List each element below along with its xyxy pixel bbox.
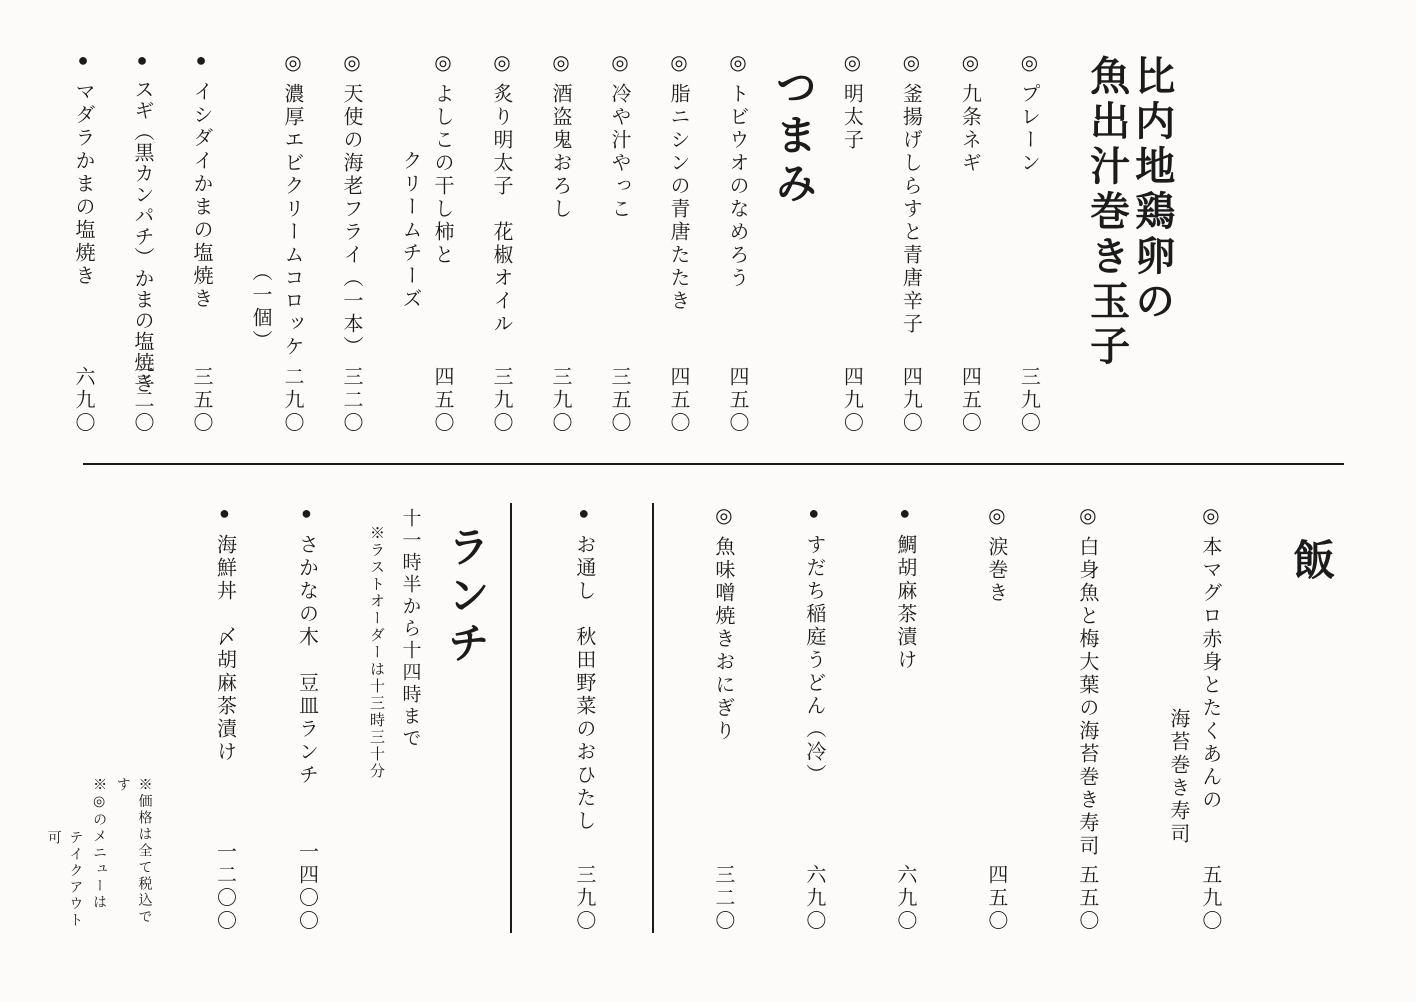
menu-title: 比内地鶏卵の 魚出汁巻き玉子 xyxy=(1084,50,1174,435)
takeout-marker-icon: ◎ xyxy=(707,503,739,530)
dot-marker-icon: ● xyxy=(292,503,321,526)
item-price: 二九〇 xyxy=(276,366,308,435)
item-price: 六九〇 xyxy=(889,864,921,933)
item-price: 三二〇 xyxy=(707,864,739,933)
item-price: 四九〇 xyxy=(894,366,926,435)
dot-marker-icon: ● xyxy=(68,50,97,73)
menu-item: ◎脂ニシンの青唐たたき 四五〇 xyxy=(662,50,694,435)
item-name: イシダイかまの塩焼き xyxy=(190,81,212,311)
item-name: すだち稲庭うどん（冷） xyxy=(803,534,825,787)
item-price: 四五〇 xyxy=(721,366,753,435)
item-price: 三九〇 xyxy=(1012,366,1044,435)
menu-item: ◎九条ネギ 四五〇 xyxy=(953,50,985,435)
item-name: 酒盗鬼おろし xyxy=(549,83,571,221)
menu-page: 比内地鶏卵の 魚出汁巻き玉子 ◎プレーン 三九〇 ◎九条ネギ 四五〇 ◎釜揚げし… xyxy=(0,0,1416,1002)
menu-item: ●お通し 秋田野菜のおひたし 三九〇 xyxy=(568,503,600,933)
dot-marker-icon: ● xyxy=(127,50,156,71)
item-name: 海鮮丼 〆胡麻茶漬け xyxy=(213,534,235,764)
takeout-marker-icon: ◎ xyxy=(1194,503,1226,530)
menu-title-line: 比内地鶏卵の xyxy=(1130,55,1175,435)
takeout-marker-icon: ◎ xyxy=(980,503,1012,530)
item-price: 五五〇 xyxy=(1071,864,1103,933)
takeout-marker-icon: ◎ xyxy=(1071,503,1103,530)
takeout-marker-icon: ◎ xyxy=(662,50,694,77)
item-name: 涙巻き xyxy=(985,536,1007,605)
item-name: 炙り明太子 花椒オイル xyxy=(490,83,512,336)
item-name: スギ（黒カンパチ）かまの塩焼き xyxy=(131,79,153,394)
takeout-marker-icon: ◎ xyxy=(276,50,308,77)
menu-item: ◎涙巻き 四五〇 xyxy=(980,503,1012,933)
item-name-wrap: （一個） xyxy=(244,50,276,435)
horizontal-section-divider xyxy=(83,463,1344,465)
takeout-marker-icon: ◎ xyxy=(1012,50,1044,77)
item-name: 脂ニシンの青唐たたき xyxy=(667,83,689,313)
takeout-marker-icon: ◎ xyxy=(721,50,753,77)
footer-notes: ※価格は全て税込です ※◎のメニューは テイクアウト可 xyxy=(42,503,154,933)
lunch-hours: 十一時半から十四時まで xyxy=(395,503,424,933)
menu-item: ◎トビウオのなめろう 四五〇 xyxy=(721,50,753,435)
item-name: よしこの干し柿と xyxy=(431,83,453,267)
tsumami-section-header: つまみ xyxy=(767,50,817,435)
menu-title-line: 魚出汁巻き玉子 xyxy=(1084,55,1129,435)
item-name: 濃厚エビクリームコロッケ xyxy=(281,83,303,359)
menu-item: ◎天使の海老フライ（一本） 三二〇 xyxy=(335,50,367,435)
menu-item: ◎本マグロ赤身とたくあんの 海苔巻き寿司 五九〇 xyxy=(1162,503,1226,933)
item-price: 一二〇〇 xyxy=(208,841,240,933)
item-name: プレーン xyxy=(1017,83,1039,175)
dot-marker-icon: ● xyxy=(890,503,919,526)
dot-marker-icon: ● xyxy=(799,503,828,526)
top-section: 比内地鶏卵の 魚出汁巻き玉子 ◎プレーン 三九〇 ◎九条ネギ 四五〇 ◎釜揚げし… xyxy=(40,50,1199,435)
lunch-last-order-note: ※ラストオーダーは十三時三十分 xyxy=(364,503,387,933)
menu-item: ◎白身魚と梅大葉の海苔巻き寿司 五五〇 xyxy=(1071,503,1103,933)
item-name: 天使の海老フライ（一本） xyxy=(340,83,362,359)
item-name: トビウオのなめろう xyxy=(726,83,748,290)
item-price: 三九〇 xyxy=(568,864,600,933)
menu-item: ●海鮮丼 〆胡麻茶漬け 一二〇〇 xyxy=(208,503,240,933)
menu-item: ◎酒盗鬼おろし 三九〇 xyxy=(544,50,576,435)
takeout-marker-icon: ◎ xyxy=(426,50,458,77)
footer-note-tax: ※価格は全て税込です xyxy=(111,777,154,933)
menu-item: ◎明太子 四九〇 xyxy=(835,50,867,435)
vertical-divider xyxy=(510,503,512,933)
menu-item: ●鯛胡麻茶漬け 六九〇 xyxy=(889,503,921,933)
menu-item: ◎濃厚エビクリームコロッケ （一個） 二九〇 xyxy=(244,50,308,435)
item-price: 三五〇 xyxy=(185,366,217,435)
menu-item: ●スギ（黒カンパチ）かまの塩焼き 三二〇 xyxy=(126,50,158,435)
item-name-wrap: クリームチーズ xyxy=(394,50,426,435)
menu-item: ◎冷や汁やっこ 三五〇 xyxy=(603,50,635,435)
dot-marker-icon: ● xyxy=(569,503,598,526)
item-price: 四五〇 xyxy=(980,864,1012,933)
item-name: マダラかまの塩焼き xyxy=(72,81,94,288)
item-name: お通し 秋田野菜のおひたし xyxy=(573,534,595,833)
item-name: さかなの木 豆皿ランチ xyxy=(295,534,317,787)
item-name: 白身魚と梅大葉の海苔巻き寿司 xyxy=(1076,536,1098,858)
item-name-wrap: 海苔巻き寿司 xyxy=(1162,503,1194,933)
takeout-marker-icon: ◎ xyxy=(335,50,367,77)
item-price: 四五〇 xyxy=(662,366,694,435)
dot-marker-icon: ● xyxy=(210,503,239,526)
footer-note-takeout-cont: テイクアウト可 xyxy=(42,777,85,933)
bottom-section: 飯 ◎本マグロ赤身とたくあんの 海苔巻き寿司 五九〇 ◎白身魚と梅大葉の海苔巻き… xyxy=(40,503,1363,933)
item-name: 本マグロ赤身とたくあんの xyxy=(1199,536,1221,812)
takeout-marker-icon: ◎ xyxy=(603,50,635,77)
item-price: 三二〇 xyxy=(126,366,158,435)
takeout-marker-icon: ◎ xyxy=(894,50,926,77)
dot-marker-icon: ● xyxy=(186,50,215,73)
menu-item: ●さかなの木 豆皿ランチ 一四〇〇 xyxy=(290,503,322,933)
item-name: 明太子 xyxy=(840,83,862,152)
item-price: 三九〇 xyxy=(544,366,576,435)
item-price: 三二〇 xyxy=(335,366,367,435)
menu-item: ●マダラかまの塩焼き 六九〇 xyxy=(67,50,99,435)
takeout-marker-icon: ◎ xyxy=(835,50,867,77)
menu-item: ●イシダイかまの塩焼き 三五〇 xyxy=(185,50,217,435)
menu-item: ●すだち稲庭うどん（冷） 六九〇 xyxy=(798,503,830,933)
item-price: 四五〇 xyxy=(426,366,458,435)
menu-item: ◎よしこの干し柿と クリームチーズ 四五〇 xyxy=(394,50,458,435)
item-name: 鯛胡麻茶漬け xyxy=(894,534,916,672)
vertical-divider xyxy=(652,503,654,933)
menu-item: ◎魚味噌焼きおにぎり 三二〇 xyxy=(707,503,739,933)
menu-item: ◎釜揚げしらすと青唐辛子 四九〇 xyxy=(894,50,926,435)
item-name: 魚味噌焼きおにぎり xyxy=(712,536,734,743)
item-price: 四五〇 xyxy=(953,366,985,435)
item-price: 一四〇〇 xyxy=(290,841,322,933)
item-price: 五九〇 xyxy=(1194,864,1226,933)
lunch-section-header: ランチ xyxy=(439,503,489,933)
item-price: 四九〇 xyxy=(835,366,867,435)
item-price: 六九〇 xyxy=(798,864,830,933)
footer-note-takeout: ※◎のメニューは xyxy=(87,777,109,933)
item-price: 三九〇 xyxy=(485,366,517,435)
meshi-section-header: 飯 xyxy=(1285,503,1335,933)
item-name: 釜揚げしらすと青唐辛子 xyxy=(899,83,921,336)
takeout-marker-icon: ◎ xyxy=(544,50,576,77)
item-price: 六九〇 xyxy=(67,366,99,435)
menu-item: ◎プレーン 三九〇 xyxy=(1012,50,1044,435)
takeout-marker-icon: ◎ xyxy=(953,50,985,77)
item-name: 九条ネギ xyxy=(958,83,980,175)
item-name: 冷や汁やっこ xyxy=(608,83,630,221)
takeout-marker-icon: ◎ xyxy=(485,50,517,77)
menu-item: ◎炙り明太子 花椒オイル 三九〇 xyxy=(485,50,517,435)
item-price: 三五〇 xyxy=(603,366,635,435)
